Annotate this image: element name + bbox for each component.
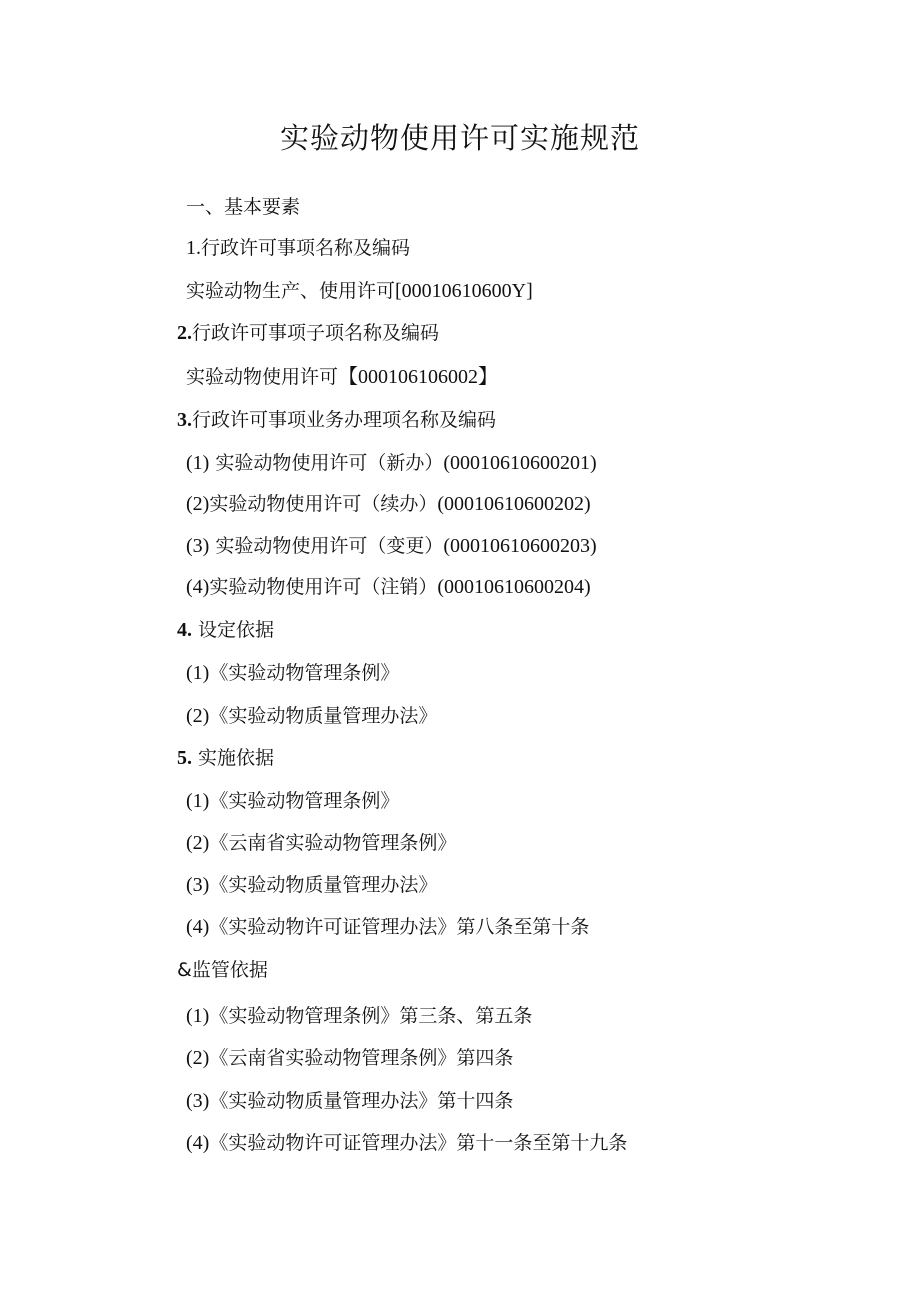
item-3-entry: (4)实验动物使用许可（注销）(00010610600204) (186, 574, 591, 600)
entry-text: 《实验动物管理条例》 (209, 662, 399, 684)
entry-number: (3) (186, 1090, 209, 1112)
item-3-heading-text: 行政许可事项业务办理项名称及编码 (192, 409, 496, 431)
item-5-entry: (2)《云南省实验动物管理条例》 (186, 830, 456, 856)
item-3-entry: (1) 实验动物使用许可（新办）(00010610600201) (186, 450, 597, 476)
item-4-entry: (1)《实验动物管理条例》 (186, 660, 399, 686)
item-5-entry: (4)《实验动物许可证管理办法》第八条至第十条 (186, 914, 589, 940)
entry-number: (3) (186, 535, 209, 557)
entry-code: (00010610600203) (443, 535, 596, 557)
entry-text: 实验动物使用许可（续办） (209, 493, 437, 515)
item-2-content: 实验动物使用许可【000106106002】 (186, 364, 498, 390)
item-3-entry: (2)实验动物使用许可（续办）(00010610600202) (186, 491, 591, 517)
entry-text: 《实验动物质量管理办法》 (209, 705, 437, 727)
entry-text: 《实验动物许可证管理办法》第八条至第十条 (209, 916, 589, 938)
entry-text: 《实验动物管理条例》 (209, 790, 399, 812)
item-4-heading-text: 设定依据 (198, 619, 274, 641)
entry-number: (1) (186, 662, 209, 684)
entry-text: 实验动物使用许可（新办） (215, 452, 443, 474)
entry-number: (2) (186, 1047, 209, 1069)
item-2-content-text: 实验动物使用许可 (186, 366, 338, 388)
item-5-label: 5. (177, 747, 192, 769)
entry-text: 《云南省实验动物管理条例》 (209, 832, 456, 854)
item-5-heading-text: 实施依据 (198, 747, 274, 769)
item-2-content-code: 【000106106002】 (338, 366, 498, 388)
item-6-entry: (3)《实验动物质量管理办法》第十四条 (186, 1088, 513, 1114)
entry-code: (00010610600202) (437, 493, 590, 515)
item-6-entry: (2)《云南省实验动物管理条例》第四条 (186, 1045, 513, 1071)
item-3-entry: (3) 实验动物使用许可（变更）(00010610600203) (186, 533, 597, 559)
entry-text: 《云南省实验动物管理条例》第四条 (209, 1047, 513, 1069)
entry-number: (2) (186, 705, 209, 727)
item-4-entry: (2)《实验动物质量管理办法》 (186, 703, 437, 729)
item-2-heading: 2.行政许可事项子项名称及编码 (177, 320, 439, 346)
entry-text: 实验动物使用许可（注销） (209, 576, 437, 598)
document-title: 实验动物使用许可实施规范 (0, 118, 920, 158)
entry-number: (1) (186, 1005, 209, 1027)
entry-text: 《实验动物管理条例》第三条、第五条 (209, 1005, 532, 1027)
entry-text: 《实验动物质量管理办法》第十四条 (209, 1090, 513, 1112)
item-6-heading: &监管依据 (177, 957, 268, 983)
section-heading-basic-elements: 一、基本要素 (186, 194, 300, 220)
entry-number: (2) (186, 493, 209, 515)
entry-number: (2) (186, 832, 209, 854)
item-3-label: 3. (177, 409, 192, 431)
item-3-heading: 3.行政许可事项业务办理项名称及编码 (177, 407, 496, 433)
item-1-heading-text: 行政许可事项名称及编码 (201, 237, 410, 259)
item-6-entry: (1)《实验动物管理条例》第三条、第五条 (186, 1003, 532, 1029)
item-2-label: 2. (177, 322, 192, 344)
entry-text: 实验动物使用许可（变更） (215, 535, 443, 557)
entry-number: (1) (186, 452, 209, 474)
item-1-content: 实验动物生产、使用许可[00010610600Y] (186, 278, 533, 304)
item-1-heading: 1.行政许可事项名称及编码 (186, 235, 410, 261)
entry-number: (4) (186, 916, 209, 938)
item-6-entry: (4)《实验动物许可证管理办法》第十一条至第十九条 (186, 1130, 627, 1156)
entry-text: 《实验动物许可证管理办法》第十一条至第十九条 (209, 1132, 627, 1154)
document-page: 实验动物使用许可实施规范 一、基本要素 1.行政许可事项名称及编码 实验动物生产… (0, 0, 920, 1301)
item-1-label: 1. (186, 237, 201, 259)
entry-number: (4) (186, 576, 209, 598)
entry-code: (00010610600204) (437, 576, 590, 598)
item-5-entry: (3)《实验动物质量管理办法》 (186, 872, 437, 898)
item-6-label: & (177, 959, 192, 981)
item-2-heading-text: 行政许可事项子项名称及编码 (192, 322, 439, 344)
item-5-heading: 5. 实施依据 (177, 745, 274, 771)
item-4-label: 4. (177, 619, 192, 641)
item-5-entry: (1)《实验动物管理条例》 (186, 788, 399, 814)
entry-code: (00010610600201) (443, 452, 596, 474)
entry-number: (1) (186, 790, 209, 812)
entry-number: (3) (186, 874, 209, 896)
entry-text: 《实验动物质量管理办法》 (209, 874, 437, 896)
item-6-heading-text: 监管依据 (192, 959, 268, 981)
item-4-heading: 4. 设定依据 (177, 617, 274, 643)
item-1-content-text: 实验动物生产、使用许可 (186, 280, 395, 302)
entry-number: (4) (186, 1132, 209, 1154)
item-1-content-code: [00010610600Y] (395, 280, 533, 302)
